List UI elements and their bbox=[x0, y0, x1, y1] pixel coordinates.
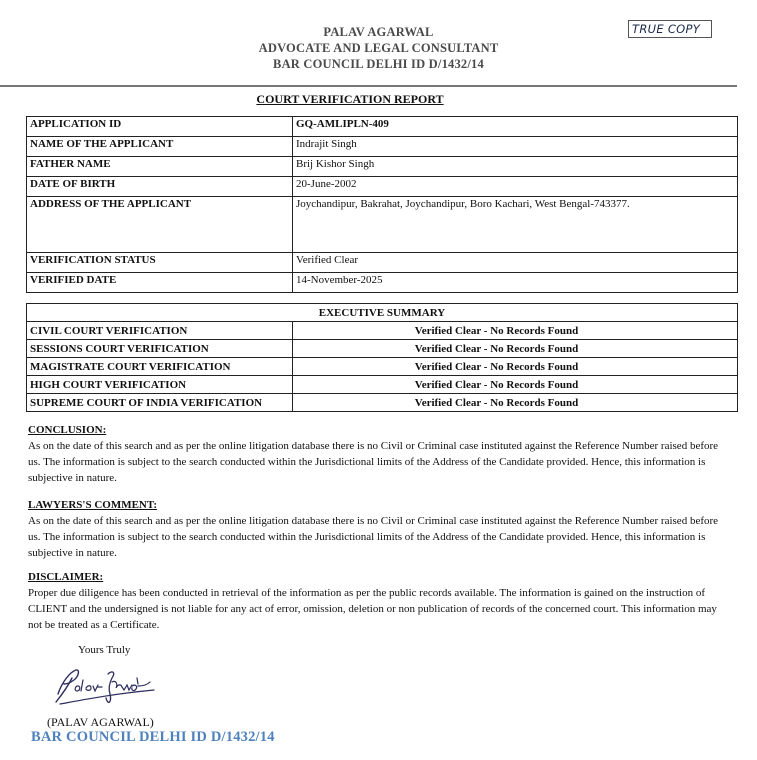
signatory-bar-id: BAR COUNCIL DELHI ID D/1432/14 bbox=[31, 729, 275, 746]
signature-icon bbox=[52, 664, 162, 712]
court-result: Verified Clear - No Records Found bbox=[293, 340, 738, 358]
table-row: HIGH COURT VERIFICATION Verified Clear -… bbox=[27, 376, 738, 394]
table-row: VERIFIED DATE 14-November-2025 bbox=[27, 273, 738, 293]
table-row: SESSIONS COURT VERIFICATION Verified Cle… bbox=[27, 340, 738, 358]
address-value: Joychandipur, Bakrahat, Joychandipur, Bo… bbox=[293, 197, 738, 253]
disclaimer-section: DISCLAIMER: Proper due diligence has bee… bbox=[28, 569, 728, 633]
true-copy-stamp: TRUE COPY bbox=[628, 20, 712, 38]
application-id-value: GQ-AMLIPLN-409 bbox=[293, 117, 738, 137]
row-label: ADDRESS OF THE APPLICANT bbox=[27, 197, 293, 253]
advocate-bar-id: BAR COUNCIL DELHI ID D/1432/14 bbox=[0, 56, 757, 72]
table-row: MAGISTRATE COURT VERIFICATION Verified C… bbox=[27, 358, 738, 376]
father-name-value: Brij Kishor Singh bbox=[293, 157, 738, 177]
date-of-birth-value: 20-June-2002 bbox=[293, 177, 738, 197]
row-label: APPLICATION ID bbox=[27, 117, 293, 137]
lawyers-comment-heading: LAWYERS'S COMMENT: bbox=[28, 497, 728, 513]
table-row: VERIFICATION STATUS Verified Clear bbox=[27, 253, 738, 273]
disclaimer-text: Proper due diligence has been conducted … bbox=[28, 585, 728, 633]
executive-summary-table: EXECUTIVE SUMMARY CIVIL COURT VERIFICATI… bbox=[26, 303, 738, 412]
advocate-designation: ADVOCATE AND LEGAL CONSULTANT bbox=[0, 40, 757, 56]
court-result: Verified Clear - No Records Found bbox=[293, 358, 738, 376]
row-label: VERIFICATION STATUS bbox=[27, 253, 293, 273]
row-label: VERIFIED DATE bbox=[27, 273, 293, 293]
table-row: ADDRESS OF THE APPLICANT Joychandipur, B… bbox=[27, 197, 738, 253]
court-result: Verified Clear - No Records Found bbox=[293, 394, 738, 412]
table-header-row: EXECUTIVE SUMMARY bbox=[27, 304, 738, 322]
court-label: SESSIONS COURT VERIFICATION bbox=[27, 340, 293, 358]
executive-summary-title: EXECUTIVE SUMMARY bbox=[27, 304, 738, 322]
court-result: Verified Clear - No Records Found bbox=[293, 376, 738, 394]
verification-status-value: Verified Clear bbox=[293, 253, 738, 273]
row-label: FATHER NAME bbox=[27, 157, 293, 177]
report-title: COURT VERIFICATION REPORT bbox=[0, 92, 700, 107]
applicant-details-table: APPLICATION ID GQ-AMLIPLN-409 NAME OF TH… bbox=[26, 116, 738, 293]
closing-text: Yours Truly bbox=[78, 644, 130, 656]
disclaimer-heading: DISCLAIMER: bbox=[28, 569, 728, 585]
verified-date-value: 14-November-2025 bbox=[293, 273, 738, 293]
header-divider bbox=[0, 85, 737, 87]
conclusion-text: As on the date of this search and as per… bbox=[28, 438, 728, 486]
row-label: DATE OF BIRTH bbox=[27, 177, 293, 197]
conclusion-heading: CONCLUSION: bbox=[28, 422, 728, 438]
applicant-name-value: Indrajit Singh bbox=[293, 137, 738, 157]
lawyers-comment-text: As on the date of this search and as per… bbox=[28, 513, 728, 561]
court-result: Verified Clear - No Records Found bbox=[293, 322, 738, 340]
court-label: HIGH COURT VERIFICATION bbox=[27, 376, 293, 394]
court-label: MAGISTRATE COURT VERIFICATION bbox=[27, 358, 293, 376]
table-row: APPLICATION ID GQ-AMLIPLN-409 bbox=[27, 117, 738, 137]
table-row: SUPREME COURT OF INDIA VERIFICATION Veri… bbox=[27, 394, 738, 412]
table-row: CIVIL COURT VERIFICATION Verified Clear … bbox=[27, 322, 738, 340]
court-label: CIVIL COURT VERIFICATION bbox=[27, 322, 293, 340]
court-label: SUPREME COURT OF INDIA VERIFICATION bbox=[27, 394, 293, 412]
lawyers-comment-section: LAWYERS'S COMMENT: As on the date of thi… bbox=[28, 497, 728, 561]
table-row: NAME OF THE APPLICANT Indrajit Singh bbox=[27, 137, 738, 157]
conclusion-section: CONCLUSION: As on the date of this searc… bbox=[28, 422, 728, 486]
table-row: FATHER NAME Brij Kishor Singh bbox=[27, 157, 738, 177]
signatory-name: (PALAV AGARWAL) bbox=[47, 715, 154, 730]
row-label: NAME OF THE APPLICANT bbox=[27, 137, 293, 157]
table-row: DATE OF BIRTH 20-June-2002 bbox=[27, 177, 738, 197]
